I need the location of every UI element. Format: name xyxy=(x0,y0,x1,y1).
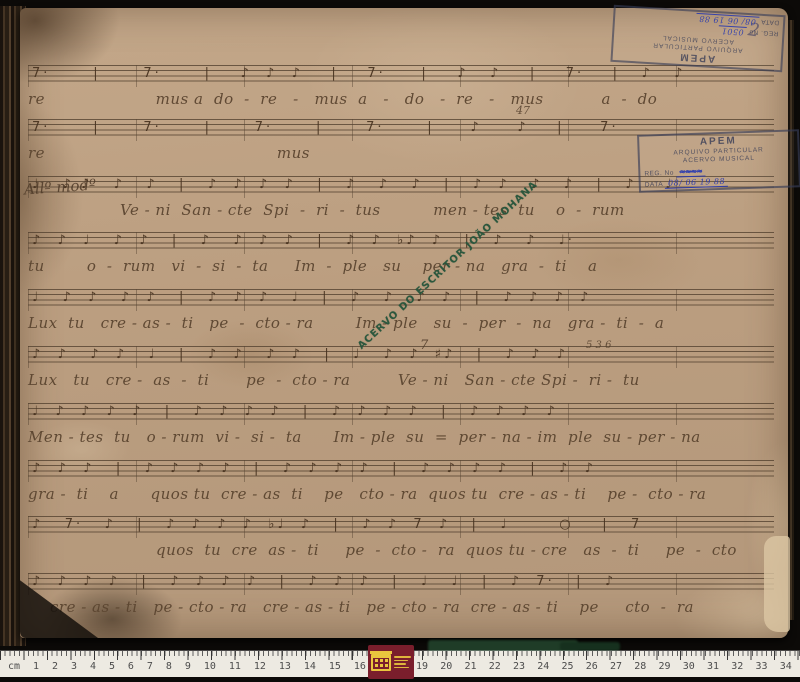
manuscript-scan: 7· | 7· | ♪ ♪ ♪ | 7· | ♪ ♪ | 7· | ♪ ♪ re… xyxy=(0,0,800,682)
reg-value: 0501 xyxy=(718,25,747,37)
ruler-number: 23 xyxy=(513,661,525,672)
manuscript-page: 7· | 7· | ♪ ♪ ♪ | 7· | ♪ ♪ | 7· | ♪ ♪ re… xyxy=(20,8,788,638)
staff-system-1: 7· | 7· | ♪ ♪ ♪ | 7· | ♪ ♪ | 7· | ♪ ♪ re… xyxy=(28,65,774,108)
lyrics-line: quos tu cre as - ti pe - cto - ra quos t… xyxy=(28,541,774,559)
ruler-number: 25 xyxy=(562,661,574,672)
lyrics-line: re mus a do - re - mus a - do - re - mus… xyxy=(28,90,774,108)
measure-number-7: 7 xyxy=(420,338,428,353)
ruler-number: 14 xyxy=(304,661,316,672)
stamp-apem-side: APEM ARQUIVO PARTICULAR ACERVO MUSICAL R… xyxy=(637,129,800,193)
reg-label: REG. No xyxy=(644,170,674,178)
ruler-number: 11 xyxy=(229,661,241,672)
staff-system-4: ♪ ♪ ♩ ♪ ♪ | ♪ ♪ ♪ ♪ | ♪ ♪ ♭♪ ♪ | ♪ ♪ ♩· … xyxy=(28,232,774,275)
music-notes: ♪ ♪ ♪ | ♪ ♪ ♪ ♪ | ♪ ♪ ♪ ♪ | ♪ ♪ ♪ ♪ | ♪ … xyxy=(32,461,774,476)
lyrics-line: Lux tu cre - as - ti pe - cto - ra Ve - … xyxy=(28,371,774,389)
music-notes: ♪ ♪ ♩ ♪ ♪ | ♪ ♪ ♪ ♪ | ♪ ♪ ♭♪ ♪ | ♪ ♪ ♩· xyxy=(32,233,774,248)
figured-bass-numbers: 5 3 6 xyxy=(586,340,611,351)
ruler-number: 1 xyxy=(33,661,39,672)
music-notes: 7· | 7· | ♪ ♪ ♪ | 7· | ♪ ♪ | 7· | ♪ ♪ xyxy=(32,66,774,81)
ruler-number: 32 xyxy=(731,661,743,672)
ruler-number: 26 xyxy=(586,661,598,672)
ruler-number: 31 xyxy=(707,661,719,672)
lyrics-line: tu o - rum vi - si - ta Im - ple su per … xyxy=(28,257,774,275)
staff-system-9: ♪ 7· ♪ | ♪ ♪ ♪ ♪ ♭♩ ♪ | ♪ ♪ 7 ♪ | ♩ ○ | … xyxy=(28,516,774,559)
date-label: DATA xyxy=(761,18,779,26)
ruler-number: 2 xyxy=(52,661,58,672)
reg-label: REG. No xyxy=(749,28,779,37)
ruler-number: 24 xyxy=(537,661,549,672)
ruler-number: 27 xyxy=(610,661,622,672)
staff-lines: ♪ ♪ ♪ | ♪ ♪ ♪ ♪ | ♪ ♪ ♪ ♪ | ♪ ♪ ♪ ♪ | ♪ … xyxy=(28,460,774,482)
staff-lines: ♩ ♪ ♪ ♪ ♪ | ♪ ♪ ♪ ♪ | ♪ ♪ ♪ ♪ | ♪ ♪ ♪ ♪ xyxy=(28,403,774,425)
ruler-number: 33 xyxy=(756,661,768,672)
ruler-number: 30 xyxy=(683,661,695,672)
ruler-number: 12 xyxy=(254,661,266,672)
ruler-number: 4 xyxy=(90,661,96,672)
lyrics-line: Ve - ni San - cte Spi - ri - tus men - t… xyxy=(28,201,774,219)
logo-text-lines xyxy=(394,656,411,668)
lyrics-line: Men - tes tu o - rum vi - si - ta Im - p… xyxy=(28,428,774,446)
staff-system-7: ♩ ♪ ♪ ♪ ♪ | ♪ ♪ ♪ ♪ | ♪ ♪ ♪ ♪ | ♪ ♪ ♪ ♪ … xyxy=(28,403,774,446)
staff-lines: ♪ ♪ ♪ ♪ | ♪ ♪ ♪ ♪ | ♪ ♪ ♪ | ♩ ♩ | ♪ 7· |… xyxy=(28,573,774,595)
ruler-number: 20 xyxy=(440,661,452,672)
ruler-number: 34 xyxy=(780,661,792,672)
staff-system-8: ♪ ♪ ♪ | ♪ ♪ ♪ ♪ | ♪ ♪ ♪ ♪ | ♪ ♪ ♪ ♪ | ♪ … xyxy=(28,460,774,503)
lyrics-line: gra - ti a quos tu cre - as ti pe cto - … xyxy=(28,485,774,503)
ruler-number: 22 xyxy=(489,661,501,672)
ruler-number: 15 xyxy=(329,661,341,672)
staff-system-10: ♪ ♪ ♪ ♪ | ♪ ♪ ♪ ♪ | ♪ ♪ ♪ | ♩ ♩ | ♪ 7· |… xyxy=(28,573,774,616)
ruler-number: 16 xyxy=(354,661,366,672)
lyrics-line: cre - as - ti pe - cto - ra cre - as - t… xyxy=(28,598,774,616)
music-notes: ♪ ♪ ♪ ♪ | ♪ ♪ ♪ ♪ | ♪ ♪ ♪ | ♩ ♩ | ♪ 7· |… xyxy=(32,574,774,589)
ruler-number: 21 xyxy=(465,661,477,672)
ruler-numbers-right: 19 20 21 22 23 24 25 26 27 28 29 30 31 3… xyxy=(416,661,792,672)
music-notes: 7· | 7· | 7· | 7· | ♪ ♪ | 7· xyxy=(32,120,774,135)
ruler-number: 7 xyxy=(147,661,153,672)
date-value: 08/ 06 19 88 xyxy=(665,177,728,189)
green-cloth-patch xyxy=(560,642,620,651)
ruler-number: 5 xyxy=(109,661,115,672)
ruler-number: 29 xyxy=(659,661,671,672)
music-notes: ♪ 7· ♪ | ♪ ♪ ♪ ♪ ♭♩ ♪ | ♪ ♪ 7 ♪ | ♩ ○ | … xyxy=(32,517,774,532)
date-label: DATA xyxy=(645,181,663,189)
staff-lines: ♪ ♪ ♪ ♪ ♩ | ♪ ♪ ♪ ♪ | ♩ ♪ ♪ ♯♪ | ♪ ♪ ♪ xyxy=(28,346,774,368)
ruler-number: 28 xyxy=(634,661,646,672)
ruler-number: 13 xyxy=(279,661,291,672)
measure-number-47: 47 xyxy=(516,104,530,117)
reg-value-scribble: ≈≈≈≈ xyxy=(676,165,705,177)
ruler-number: 6 xyxy=(128,661,134,672)
ruler-number: 10 xyxy=(204,661,216,672)
ruler-number: 3 xyxy=(71,661,77,672)
archive-logo-block xyxy=(368,645,414,679)
ruler-numbers-left: cm 1 2 3 4 5 6 7 8 9 10 11 12 13 14 15 1… xyxy=(8,661,366,672)
ruler-number: 8 xyxy=(166,661,172,672)
stamp-apem-top: APEM ARQUIVO PARTICULAR ACERVO MUSICAL R… xyxy=(610,5,785,72)
ruler-number: 19 xyxy=(416,661,428,672)
torn-edge-right xyxy=(764,536,790,632)
music-notes: ♩ ♪ ♪ ♪ ♪ | ♪ ♪ ♪ ♪ | ♪ ♪ ♪ ♪ | ♪ ♪ ♪ ♪ xyxy=(32,404,774,419)
building-icon xyxy=(371,654,391,671)
staff-system-6: ♪ ♪ ♪ ♪ ♩ | ♪ ♪ ♪ ♪ | ♩ ♪ ♪ ♯♪ | ♪ ♪ ♪ L… xyxy=(28,346,774,389)
staff-lines: ♪ ♪ ♩ ♪ ♪ | ♪ ♪ ♪ ♪ | ♪ ♪ ♭♪ ♪ | ♪ ♪ ♩· xyxy=(28,232,774,254)
music-notes: ♪ ♪ ♪ ♪ ♩ | ♪ ♪ ♪ ♪ | ♩ ♪ ♪ ♯♪ | ♪ ♪ ♪ xyxy=(32,347,774,362)
ruler-unit-label: cm xyxy=(8,661,20,672)
staff-lines: 7· | 7· | ♪ ♪ ♪ | 7· | ♪ ♪ | 7· | ♪ ♪ xyxy=(28,65,774,87)
ruler-number: 9 xyxy=(185,661,191,672)
staff-lines: ♪ 7· ♪ | ♪ ♪ ♪ ♪ ♭♩ ♪ | ♪ ♪ 7 ♪ | ♩ ○ | … xyxy=(28,516,774,538)
